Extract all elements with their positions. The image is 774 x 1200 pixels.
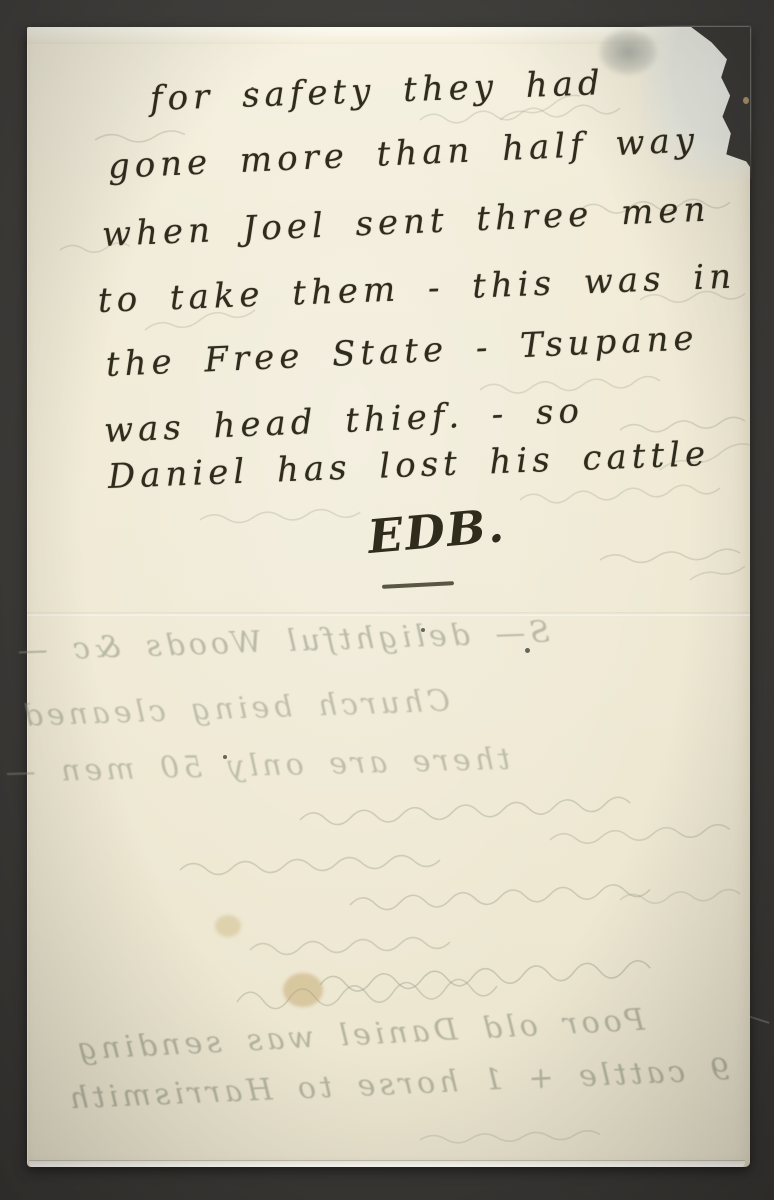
showthrough-stroke <box>620 417 745 431</box>
fold-crease <box>27 612 750 617</box>
handwritten-line: for safety they had <box>149 66 605 116</box>
handwritten-line: when Joel sent three men <box>101 193 711 252</box>
showthrough-stroke <box>300 797 630 824</box>
photo-background: S— delightful Woods &c — Church being cl… <box>0 0 774 1200</box>
showthrough-stroke <box>420 1131 600 1143</box>
showthrough-stroke <box>350 885 650 910</box>
showthrough-stroke <box>550 825 730 844</box>
paper-stain <box>283 973 323 1007</box>
showthrough-stroke <box>600 549 740 562</box>
signature-initials: EDB. <box>366 502 507 560</box>
handwritten-line: gone more than half way <box>107 123 699 184</box>
gray-smudge <box>599 29 657 75</box>
letter-page: S— delightful Woods &c — Church being cl… <box>27 27 750 1167</box>
showthrough-stroke <box>95 131 185 142</box>
showthrough-stroke <box>620 890 740 904</box>
signature-underline <box>382 581 454 589</box>
handwritten-line: was head thief. - so <box>103 394 584 448</box>
ink-speck <box>525 648 530 653</box>
showthrough-stroke <box>180 855 440 874</box>
showthrough-line: Church being cleaned — <box>150 687 451 727</box>
ink-speck <box>251 87 254 90</box>
showthrough-stroke <box>690 566 745 580</box>
ink-speck <box>223 755 227 759</box>
showthrough-line: S— delightful Woods &c — <box>85 618 551 664</box>
handwritten-line: to take them - this was in <box>97 260 736 318</box>
showthrough-line: Poor old Daniel was sending <box>95 1006 646 1065</box>
torn-edge-spot <box>743 97 749 104</box>
showthrough-line: 9 cattle + 1 horse to Harrismith <box>65 1056 731 1115</box>
showthrough-stroke <box>320 961 650 991</box>
handwritten-line: the Free State - Tsupane <box>105 321 699 382</box>
showthrough-stroke <box>200 510 360 523</box>
showthrough-stroke <box>520 485 720 503</box>
showthrough-stroke <box>250 937 450 954</box>
stacked-sheets-edge <box>29 1160 745 1167</box>
ink-speck <box>421 628 425 632</box>
showthrough-stroke <box>237 979 497 1008</box>
showthrough-line: there are only 50 men — <box>115 745 511 785</box>
paper-stain <box>215 915 241 937</box>
